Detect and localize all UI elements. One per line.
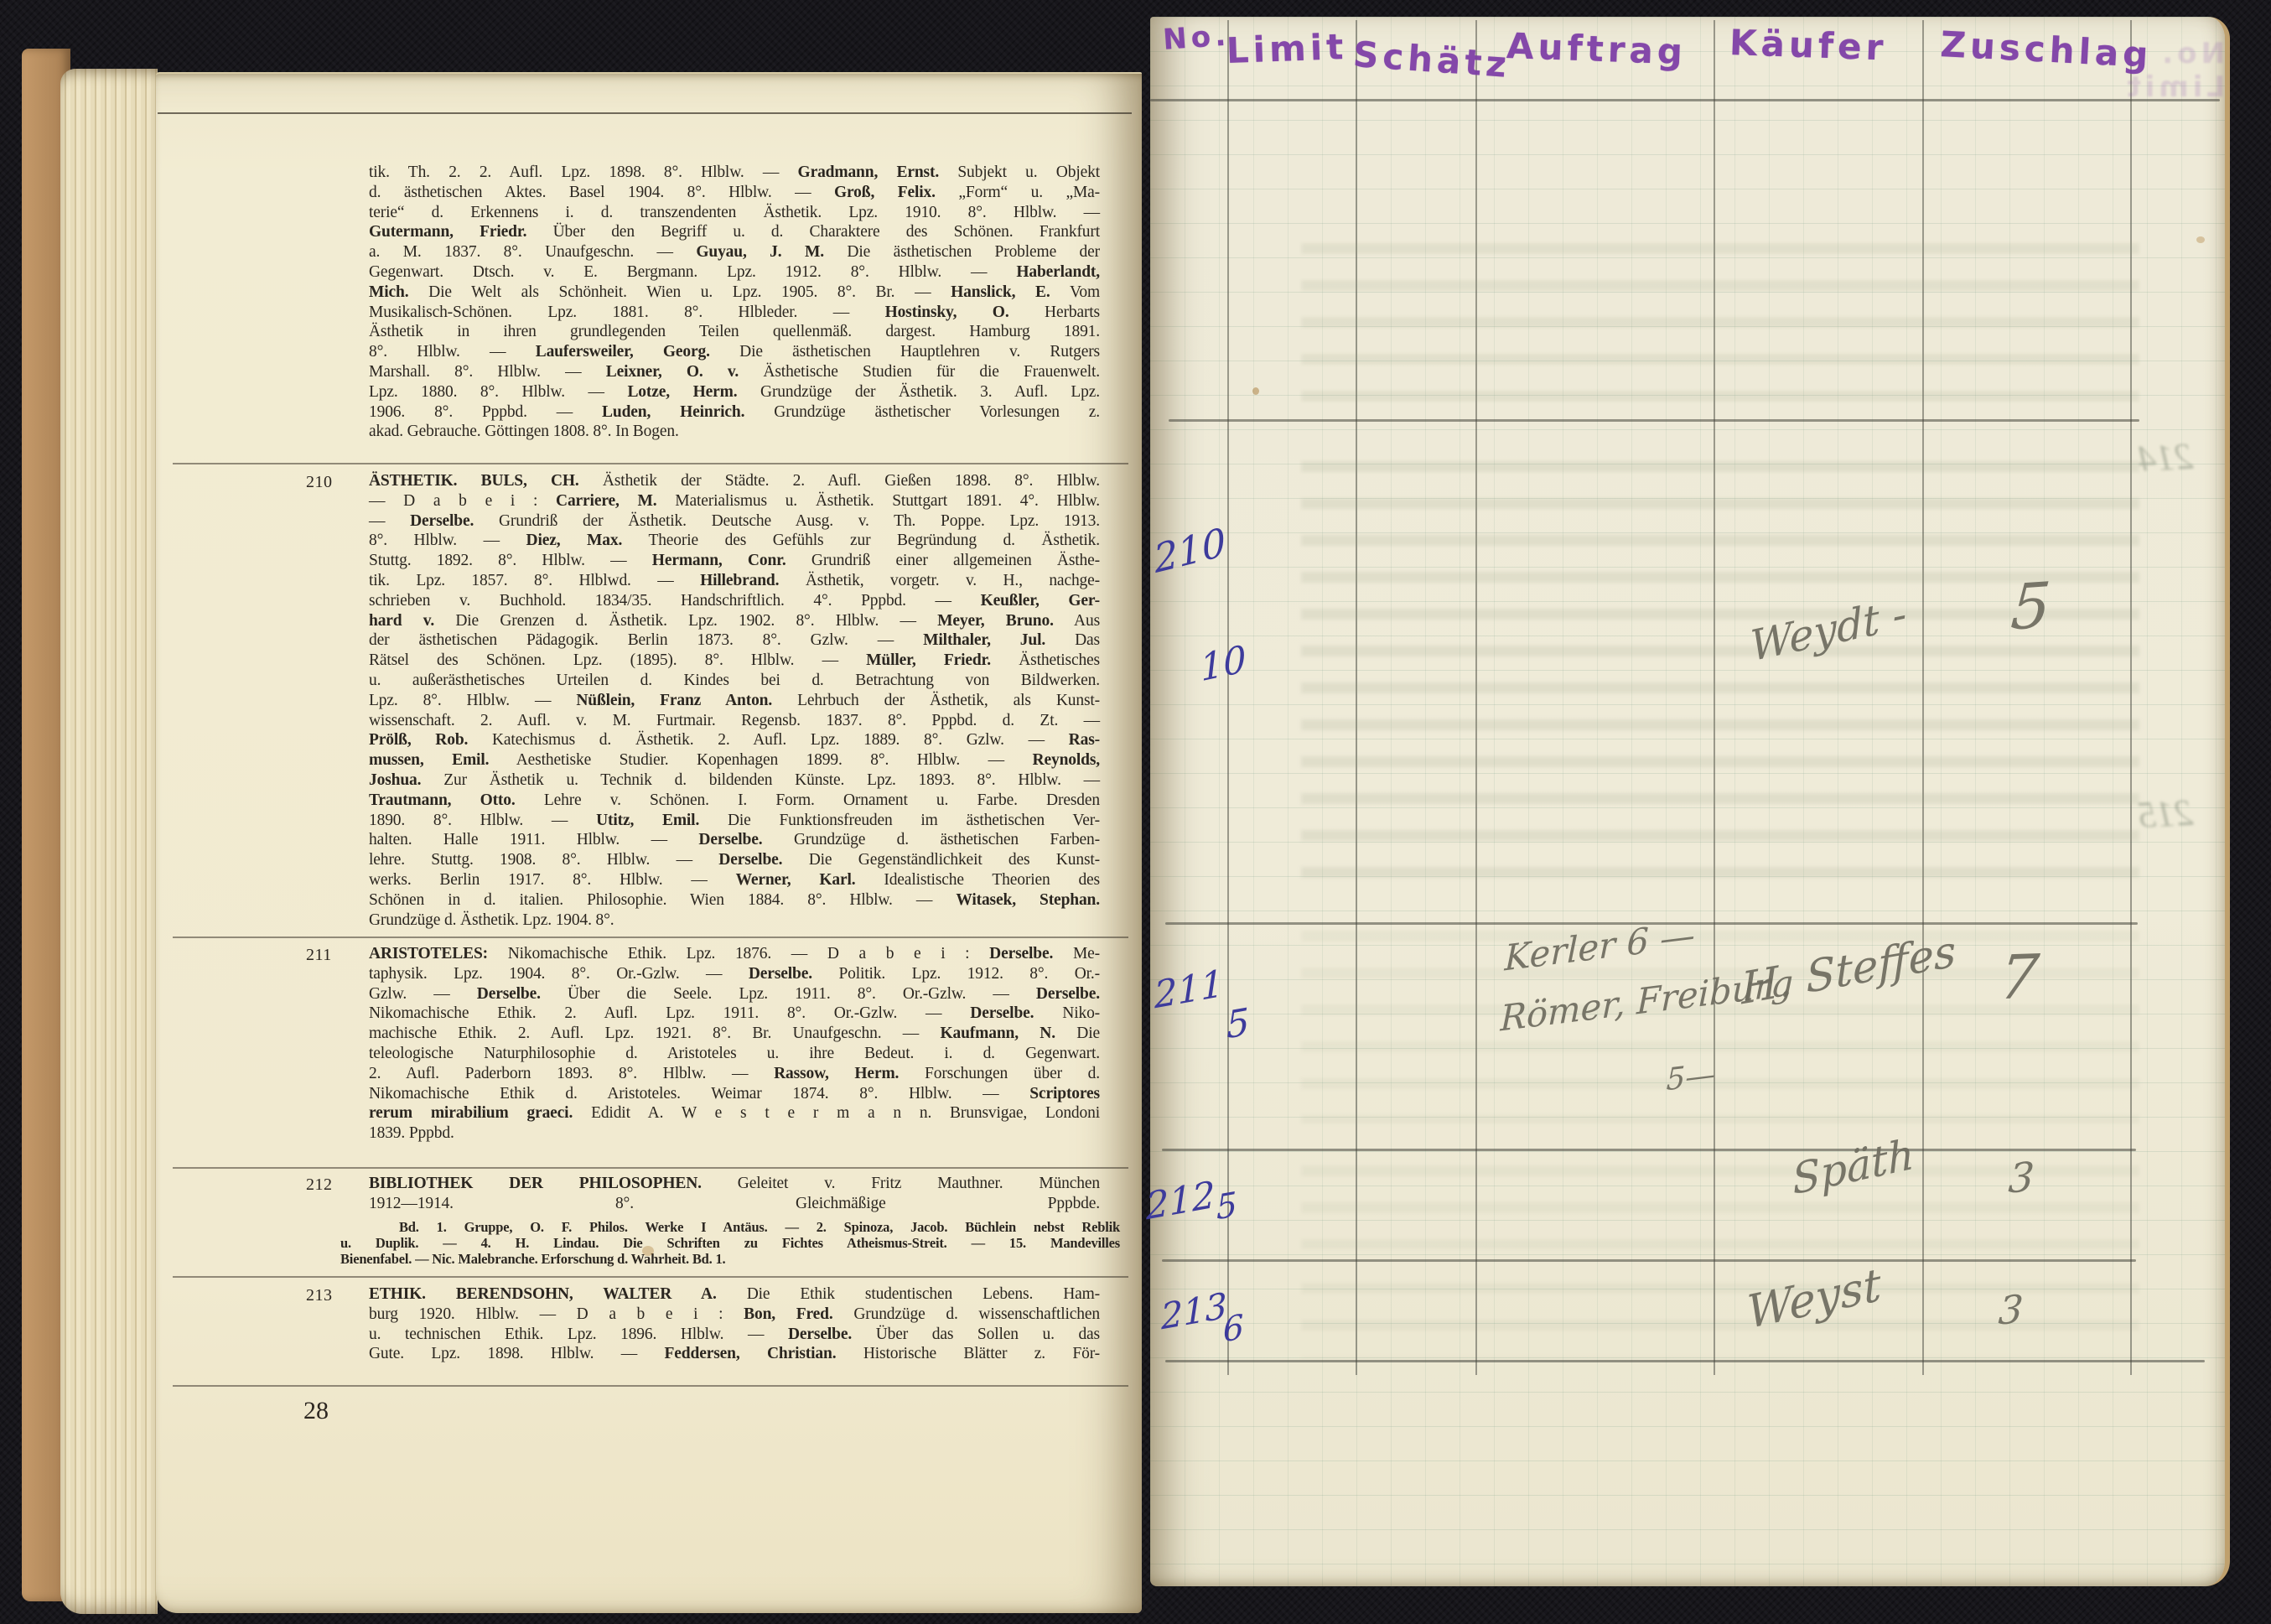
catalog-text-line: ÄSTHETIK. BULS, CH. Ästhetik der Städte.… bbox=[369, 471, 1100, 491]
header-rule bbox=[158, 112, 1132, 114]
catalog-text-line: lehre. Stuttg. 1908. 8°. Hlblw. — Dersel… bbox=[369, 850, 1100, 870]
handwritten-limit: 5 bbox=[1216, 1186, 1238, 1228]
handwritten-auftrag: 5— bbox=[1666, 1057, 1715, 1098]
catalog-text-line: machische Ethik. 2. Aufl. Lpz. 1921. 8°.… bbox=[369, 1024, 1100, 1044]
catalog-smallprint-line: u. Duplik. — 4. H. Lindau. Die Schriften… bbox=[340, 1235, 1120, 1251]
catalog-text-line: 1890. 8°. Hlblw. — Utitz, Emil. Die Funk… bbox=[369, 811, 1100, 831]
auction-catalog-photo: tik. Th. 2. 2. Aufl. Lpz. 1898. 8°. Hlbl… bbox=[0, 0, 2271, 1624]
column-header-stamp: Schätz bbox=[1352, 34, 1512, 86]
catalog-text-line: schrieben v. Buchhold. 1834/35. Handschr… bbox=[369, 591, 1100, 611]
catalog-text-line: der ästhetischen Pädagogik. Berlin 1873.… bbox=[369, 630, 1100, 651]
handwritten-lot-no: 210 bbox=[1152, 519, 1228, 582]
catalog-text-line: 8°. Hlblw. — Laufersweiler, Georg. Die ä… bbox=[369, 342, 1100, 362]
handwritten-lot-no: 211 bbox=[1154, 962, 1225, 1017]
row-divider-line bbox=[1169, 419, 2139, 422]
catalog-text-line: u. technischen Ethik. Lpz. 1896. Hlblw. … bbox=[369, 1325, 1100, 1345]
column-header-stamp: Auftrag bbox=[1506, 25, 1687, 72]
catalog-text-line: hard v. Die Grenzen d. Ästhetik. Lpz. 19… bbox=[369, 611, 1100, 631]
catalog-text-line: Joshua. Zur Ästhetik u. Technik d. bilde… bbox=[369, 770, 1100, 791]
bleedthrough-lot-number: 214 bbox=[2137, 434, 2195, 480]
catalog-text-line: 8°. Hlblw. — Diez, Max. Theorie des Gefü… bbox=[369, 531, 1100, 551]
catalog-text-line: Rätsel des Schönen. Lpz. (1895). 8°. Hlb… bbox=[369, 651, 1100, 671]
handwritten-limit: 10 bbox=[1199, 637, 1247, 690]
catalog-page: tik. Th. 2. 2. Aufl. Lpz. 1898. 8°. Hlbl… bbox=[156, 72, 1142, 1613]
page-number: 28 bbox=[303, 1397, 329, 1425]
catalog-smallprint: Bd. 1. Gruppe, O. F. Philos. Werke I Ant… bbox=[340, 1219, 1120, 1267]
catalog-text-line: Stuttg. 1892. 8°. Hlblw. — Hermann, Conr… bbox=[369, 551, 1100, 571]
catalog-text-line: Gutermann, Friedr. Über den Begriff u. d… bbox=[369, 222, 1100, 242]
catalog-entry: 213ETHIK. BERENDSOHN, WALTER A. Die Ethi… bbox=[369, 1284, 1100, 1364]
catalog-entry: tik. Th. 2. 2. Aufl. Lpz. 1898. 8°. Hlbl… bbox=[369, 163, 1100, 442]
bleedthrough-text bbox=[1301, 461, 2139, 897]
catalog-text-line: halten. Halle 1911. Hlblw. — Derselbe. G… bbox=[369, 830, 1100, 850]
handwritten-zuschlag: 5 bbox=[2009, 569, 2053, 645]
lot-number: 213 bbox=[306, 1286, 333, 1305]
row-divider-line bbox=[1162, 1259, 2136, 1262]
section-divider bbox=[173, 1167, 1128, 1169]
catalog-text-line: Trautmann, Otto. Lehre v. Schönen. I. Fo… bbox=[369, 791, 1100, 811]
page-edge-stack bbox=[60, 69, 158, 1614]
bleedthrough-lot-number: 215 bbox=[2137, 791, 2195, 836]
catalog-text-line: tik. Th. 2. 2. Aufl. Lpz. 1898. 8°. Hlbl… bbox=[369, 163, 1100, 183]
row-divider-line bbox=[1162, 1149, 2136, 1151]
catalog-text-line: terie“ d. Erkennens i. d. transzendenten… bbox=[369, 203, 1100, 223]
handwritten-lot-no: 213 bbox=[1160, 1284, 1228, 1337]
catalog-text-line: — Derselbe. Grundriß der Ästhetik. Deuts… bbox=[369, 511, 1100, 532]
catalog-text-line: 1906. 8°. Pppbd. — Luden, Heinrich. Grun… bbox=[369, 402, 1100, 423]
column-header-stamp: No. bbox=[1162, 18, 1231, 56]
catalog-text-line: Ästhetik in ihren grundlegenden Teilen q… bbox=[369, 322, 1100, 342]
catalog-text-line: Lpz. 1880. 8°. Hlblw. — Lotze, Herm. Gru… bbox=[369, 382, 1100, 402]
bleedthrough-header-stamp: No. Limit bbox=[2097, 37, 2225, 104]
catalog-text-line: Musikalisch-Schönen. Lpz. 1881. 8°. Hlbl… bbox=[369, 303, 1100, 323]
column-header-stamp: Käufer bbox=[1729, 22, 1888, 69]
catalog-text-line: Gegenwart. Dtsch. v. E. Bergmann. Lpz. 1… bbox=[369, 262, 1100, 283]
catalog-text-line: Mich. Die Welt als Schönheit. Wien u. Lp… bbox=[369, 283, 1100, 303]
catalog-text-line: 1912—1914. 8°. Gleichmäßige Pppbde. bbox=[369, 1194, 1100, 1214]
catalog-entry: 210ÄSTHETIK. BULS, CH. Ästhetik der Städ… bbox=[369, 471, 1100, 930]
catalog-text-line: ETHIK. BERENDSOHN, WALTER A. Die Ethik s… bbox=[369, 1284, 1100, 1305]
row-divider-line bbox=[1165, 1360, 2205, 1362]
catalog-text-line: BIBLIOTHEK DER PHILOSOPHEN. Geleitet v. … bbox=[369, 1174, 1100, 1194]
paper-speck bbox=[1252, 387, 1259, 395]
handwritten-zuschlag: 3 bbox=[1997, 1286, 2025, 1333]
section-divider bbox=[173, 463, 1128, 464]
catalog-text-line: Prölß, Rob. Katechismus d. Ästhetik. 2. … bbox=[369, 730, 1100, 750]
catalog-text-line: teleologische Naturphilosophie d. Aristo… bbox=[369, 1044, 1100, 1064]
lot-number: 212 bbox=[306, 1175, 333, 1195]
section-divider bbox=[173, 1276, 1128, 1278]
auction-ledger-page: No.LimitSchätzAuftragKäuferZuschlag 2142… bbox=[1150, 17, 2230, 1586]
section-divider bbox=[173, 1385, 1128, 1387]
column-divider-line bbox=[1227, 20, 1229, 1375]
catalog-text-line: akad. Gebrauche. Göttingen 1808. 8°. In … bbox=[369, 422, 1100, 442]
handwritten-lot-no: 212 bbox=[1145, 1173, 1216, 1228]
catalog-text-line: werks. Berlin 1917. 8°. Hlblw. — Werner,… bbox=[369, 870, 1100, 890]
catalog-text-line: tik. Lpz. 1857. 8°. Hlblwd. — Hillebrand… bbox=[369, 571, 1100, 591]
column-header-stamp: Limit bbox=[1226, 26, 1348, 71]
row-divider-line bbox=[1150, 99, 2220, 101]
catalog-text-line: Nikomachische Ethik. 2. Aufl. Lpz. 1911.… bbox=[369, 1004, 1100, 1024]
catalog-text-line: ARISTOTELES: Nikomachische Ethik. Lpz. 1… bbox=[369, 944, 1100, 964]
catalog-text-line: taphysik. Lpz. 1904. 8°. Or.-Gzlw. — Der… bbox=[369, 964, 1100, 984]
catalog-smallprint-line: Bienenfabel. — Nic. Malebranche. Erforsc… bbox=[340, 1251, 1120, 1267]
handwritten-zuschlag: 7 bbox=[1996, 941, 2042, 1013]
catalog-text-line: Lpz. 8°. Hlblw. — Nüßlein, Franz Anton. … bbox=[369, 691, 1100, 711]
catalog-entry: 212BIBLIOTHEK DER PHILOSOPHEN. Geleitet … bbox=[369, 1174, 1120, 1267]
catalog-text-line: d. ästhetischen Aktes. Basel 1904. 8°. H… bbox=[369, 183, 1100, 203]
catalog-smallprint-line: Bd. 1. Gruppe, O. F. Philos. Werke I Ant… bbox=[340, 1219, 1120, 1235]
catalog-text-line: a. M. 1837. 8°. Unaufgeschn. — Guyau, J.… bbox=[369, 242, 1100, 262]
paper-stain bbox=[642, 1246, 654, 1256]
bleedthrough-text bbox=[1301, 243, 2139, 419]
catalog-text-line: burg 1920. Hlblw. — D a b e i : Bon, Fre… bbox=[369, 1305, 1100, 1325]
catalog-text-line: Gzlw. — Derselbe. Über die Seele. Lpz. 1… bbox=[369, 984, 1100, 1004]
catalog-text-line: wissenschaft. 2. Aufl. v. M. Furtmair. R… bbox=[369, 711, 1100, 731]
catalog-text-line: Marshall. 8°. Hlblw. — Leixner, O. v. Äs… bbox=[369, 362, 1100, 382]
handwritten-limit: 6 bbox=[1222, 1308, 1245, 1351]
section-divider bbox=[173, 937, 1128, 938]
handwritten-limit: 5 bbox=[1226, 1000, 1250, 1047]
paper-speck bbox=[2196, 236, 2205, 243]
handwritten-zuschlag: 3 bbox=[2007, 1154, 2035, 1203]
catalog-text-line: u. außerästhetisches Urteilen d. Kindes … bbox=[369, 671, 1100, 691]
catalog-text-line: Gute. Lpz. 1898. Hlblw. — Feddersen, Chr… bbox=[369, 1344, 1100, 1364]
catalog-text-line: 2. Aufl. Paderborn 1893. 8°. Hlblw. — Ra… bbox=[369, 1064, 1100, 1084]
catalog-text-line: Nikomachische Ethik d. Aristoteles. Weim… bbox=[369, 1084, 1100, 1104]
catalog-text-line: rerum mirabilium graeci. Edidit A. W e s… bbox=[369, 1103, 1100, 1123]
catalog-text-line: Schönen in d. italien. Philosophie. Wien… bbox=[369, 890, 1100, 911]
catalog-text-line: 1839. Pppbd. bbox=[369, 1123, 1100, 1144]
catalog-text-line: mussen, Emil. Aesthetiske Studier. Kopen… bbox=[369, 750, 1100, 770]
catalog-text-line: — D a b e i : Carriere, M. Materialismus… bbox=[369, 491, 1100, 511]
catalog-entry: 211ARISTOTELES: Nikomachische Ethik. Lpz… bbox=[369, 944, 1100, 1144]
catalog-text-line: Grundzüge d. Ästhetik. Lpz. 1904. 8°. bbox=[369, 911, 1100, 931]
lot-number: 210 bbox=[306, 473, 333, 492]
lot-number: 211 bbox=[306, 946, 332, 965]
